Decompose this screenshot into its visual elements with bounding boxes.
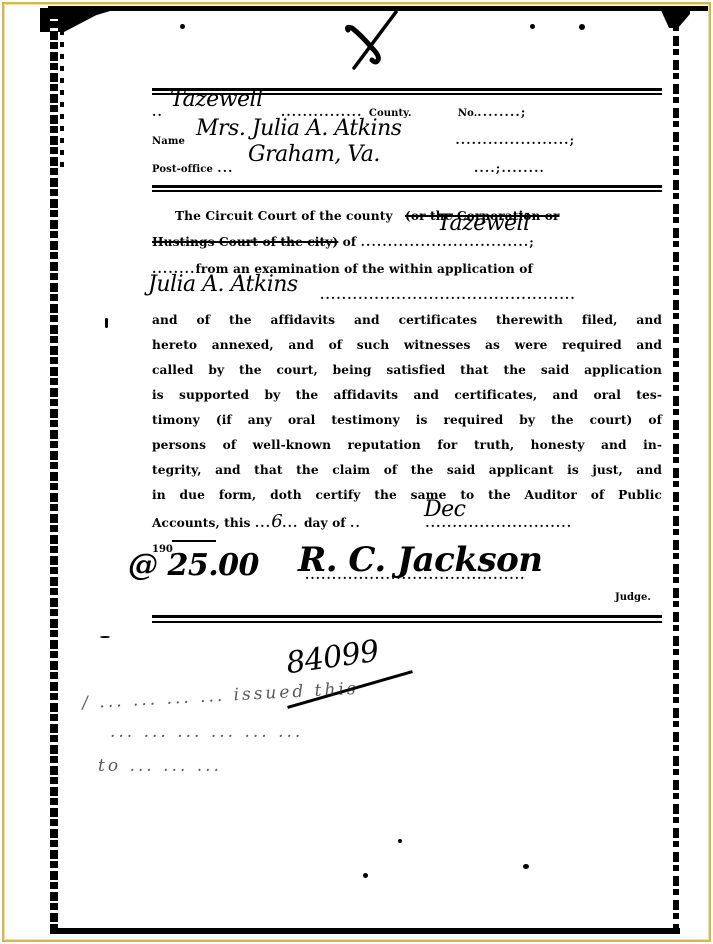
margin-mark [105,318,108,328]
day-handwritten: 6 [271,511,282,532]
body-line-2: Hustings Court of the city) of .........… [152,234,662,250]
x-mark-icon [340,8,400,70]
header-bottom-rule [152,185,662,192]
court-county-handwritten: Tazewell [437,216,530,232]
name-line: Name Mrs. Julia A. Atkins ..............… [152,132,662,150]
postoffice-handwritten: Graham, Va. [248,147,380,163]
amount-handwritten: @ 25.00 [128,548,259,583]
name-label: Name [152,136,185,147]
judge-label: Judge. [615,592,651,603]
scan-edge-right [673,12,679,932]
speck [579,24,585,30]
year-scribble [172,540,216,542]
scanned-document-page: ..Tazewell............... County. No....… [0,0,713,944]
body-line-4: Julia A. Atkins ........................… [152,287,662,303]
body-line-10: persons of well-known reputation for tru… [152,437,662,453]
body-line-8: is supported by the affidavits and certi… [152,387,662,403]
faint-note-line-2: ... ... ... ... ... ... [110,722,303,742]
accounts-date-line: Accounts, this ...6... day of .. Dec ...… [152,514,662,531]
county-handwritten: Tazewell [170,92,263,108]
speck [180,24,185,29]
margin-mark [100,636,110,638]
body-line-5: and of the affidavits and certificates t… [152,312,662,328]
scan-edge-bottom [50,928,680,934]
speck [523,864,529,869]
month-handwritten: Dec [424,502,465,518]
scan-edge-left-inner [60,30,64,170]
body-line-7: called by the court, being satisfied tha… [152,362,662,378]
body-line-6: hereto annexed, and of such witnesses as… [152,337,662,353]
faint-note-line-3: to ... ... ... [98,756,222,776]
applicant-handwritten: Julia A. Atkins [148,277,298,293]
speck [398,839,402,843]
postoffice-label: Post-office [152,164,213,175]
postoffice-line: Post-office ... Graham, Va. ....;.......… [152,160,662,178]
speck [530,24,535,29]
speck [363,873,368,878]
body-line-12: in due form, doth certify the same to th… [152,487,662,503]
body-line-11: tegrity, and that the claim of the said … [152,462,662,478]
name-handwritten: Mrs. Julia A. Atkins [196,121,402,137]
body-line-1: The Circuit Court of the county (or the … [175,208,662,224]
no-label: No. [458,108,477,119]
scan-edge-left [50,10,58,930]
bottom-double-rule [152,615,662,623]
body-line-9: timony (if any oral testimony is require… [152,412,662,428]
